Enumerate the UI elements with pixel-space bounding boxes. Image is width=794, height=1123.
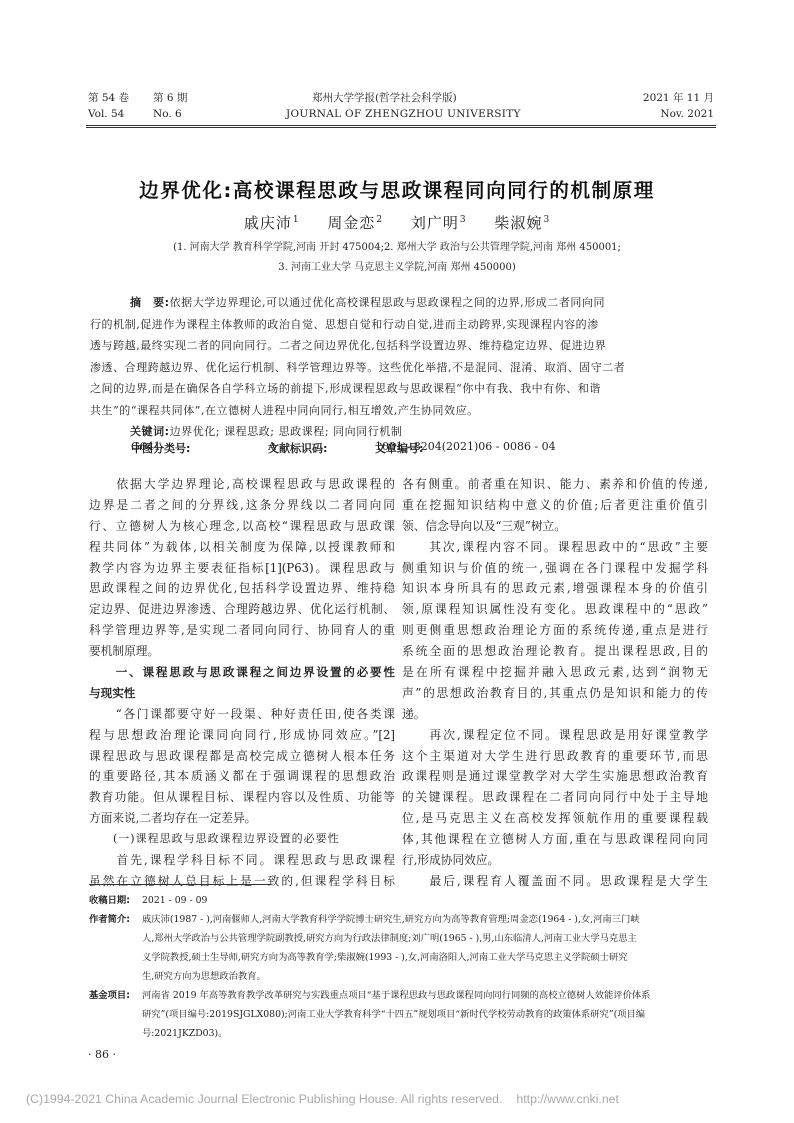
body-text-line: 这个主渠道对大学生进行思政教育的重要环节,而思 bbox=[402, 746, 708, 767]
body-column-right: 各有侧重。前者重在知识、能力、素养和价值的传递,重在挖掘知识结构中意义的价值;后… bbox=[402, 474, 708, 892]
abstract-line: 行的机制,促进作为课程主体教师的政治自觉、思想自觉和行动自觉,进而主动跨界,实现… bbox=[90, 314, 710, 336]
header-rule bbox=[86, 125, 716, 126]
received-date: 收稿日期: 2021 - 09 - 09 bbox=[89, 891, 719, 910]
page-number: · 86 · bbox=[88, 1048, 116, 1061]
abstract-line: 之间的边界,而是在确保各自学科立场的前提下,形成课程思政与思政课程“你中有我、我… bbox=[90, 378, 710, 400]
body-text-line: 领,原课程知识属性没有变化。思政课程中的“思政” bbox=[402, 599, 708, 620]
fund-label: 基金项目: bbox=[89, 986, 130, 1005]
affiliation-line: 3. 河南工业大学 马克思主义学院,河南 郑州 450000) bbox=[0, 258, 794, 273]
body-text-line: 系统全面的思想政治理论教育。提出课程思政,目的 bbox=[402, 641, 708, 662]
body-text-line: 行、立德树人为核心理念,以高校“课程思政与思政课 bbox=[89, 516, 395, 537]
abstract-line: 透与跨越,最终实现二者的同向同行。二者之间边界优化,包括科学设置边界、维持稳定边… bbox=[90, 335, 710, 357]
body-text-line: 侧重知识与价值的统一,强调在各门课程中发掘学科 bbox=[402, 558, 708, 579]
issue-en: No. 6 bbox=[153, 108, 182, 120]
body-text-line: 体,其他课程在立德树人方面,重在与思政课程同向同 bbox=[402, 829, 708, 850]
section-heading-line: 一、课程思政与思政课程之间边界设置的必要性 bbox=[89, 662, 395, 683]
bio-line: 戚庆沛(1987 - ),河南偃师人,河南大学教育科学学院博士研究生,研究方向为… bbox=[142, 910, 719, 929]
abstract-line: 共生”的“课程共同体”,在立德树人进程中同向同行,相互增效,产生协同效应。 bbox=[90, 400, 710, 422]
cnki-link[interactable]: http://www.cnki.net bbox=[516, 1092, 619, 1106]
author-bio: 作者简介: 戚庆沛(1987 - ),河南偃师人,河南大学教育科学学院博士研究生… bbox=[89, 910, 719, 986]
body-text-line: 行,形成协同效应。 bbox=[402, 850, 708, 871]
body-text-line: 位,是马克思主义在高校发挥领航作用的重要课程载 bbox=[402, 808, 708, 829]
body-text-line: 声”的思想政治教育目的,其重点仍是知识和能力的传 bbox=[402, 683, 708, 704]
volume-cn: 第 54 卷 bbox=[88, 90, 129, 105]
body-text-line: 各有侧重。前者重在知识、能力、素养和价值的传递, bbox=[402, 474, 708, 495]
body-text-line: 再次,课程定位不同。课程思政是用好课堂教学 bbox=[402, 725, 708, 746]
bio-line: 人,郑州大学政治与公共管理学院副教授,研究方向为行政法律制度;刘广明(1965 … bbox=[142, 929, 719, 948]
copyright-notice: (C)1994-2021 China Academic Journal Elec… bbox=[26, 1092, 619, 1106]
body-text-line: 虽然在立德树人总目标上是一致的,但课程学科目标 bbox=[89, 871, 395, 892]
paper-title: 边界优化:高校课程思政与思政课程同向同行的机制原理 bbox=[0, 175, 794, 203]
body-text-line: 其次,课程内容不同。课程思政中的“思政”主要 bbox=[402, 537, 708, 558]
volume-en: Vol. 54 bbox=[88, 108, 124, 120]
author: 戚庆沛1 bbox=[244, 214, 300, 232]
author-list: 戚庆沛1 周金恋2 刘广明3 柴淑婉3 bbox=[0, 212, 794, 233]
date-cn: 2021 年 11 月 bbox=[643, 90, 714, 105]
author: 柴淑婉3 bbox=[494, 214, 550, 232]
body-text-line: 则更侧重思想政治理论方面的系统传递,重点是进行 bbox=[402, 620, 708, 641]
fund-line: 河南省 2019 年高等教育教学改革研究与实践重点项目“基于课程思政与思政课程同… bbox=[142, 986, 719, 1005]
abstract-label: 摘 要: bbox=[130, 296, 170, 309]
author: 刘广明3 bbox=[411, 214, 467, 232]
body-text-line: “各门课都要守好一段渠、种好责任田,使各类课 bbox=[89, 704, 395, 725]
section-heading-line: (一)课程思政与思政课程边界设置的必要性 bbox=[89, 829, 395, 850]
body-text-line: 要机制原理。 bbox=[89, 641, 395, 662]
body-text-line: 首先,课程学科目标不同。课程思政与思政课程 bbox=[89, 850, 395, 871]
body-text-line: 思政课程之间的边界优化,包括科学设置边界、维持稳 bbox=[89, 578, 395, 599]
body-text-line: 边界是二者之间的分界线,这条分界线以二者同向同 bbox=[89, 495, 395, 516]
body-text-line: 知识本身所具有的思政元素,增强课程本身的价值引 bbox=[402, 578, 708, 599]
doc-code-value: A bbox=[268, 440, 276, 453]
body-text-line: 课程思政与思政课程都是高校完成立德树人根本任务 bbox=[89, 746, 395, 767]
copyright-text: (C)1994-2021 China Academic Journal Elec… bbox=[26, 1092, 502, 1106]
bio-line: 义学院教授,硕士生导师,研究方向为高等教育学;柴淑婉(1993 - ),女,河南… bbox=[142, 948, 719, 967]
body-text-line: 方面来说,二者均存在一定差异。 bbox=[89, 808, 395, 829]
body-text-line: 程与思想政治理论课同向同行,形成协同效应。”[2] bbox=[89, 725, 395, 746]
abstract-line: 渗透、合理跨越边界、优化运行机制、科学管理边界等。这些优化举措,不是混同、混淆、… bbox=[90, 357, 710, 379]
article-no-value: 1001 - 8204(2021)06 - 0086 - 04 bbox=[375, 440, 556, 453]
body-text-line: 依据大学边界理论,高校课程思政与思政课程的 bbox=[89, 474, 395, 495]
journal-name-en: JOURNAL OF ZHENGZHOU UNIVERSITY bbox=[286, 108, 521, 120]
body-text-line: 科学管理边界等,是实现二者同向同行、协同育人的重 bbox=[89, 620, 395, 641]
issue-cn: 第 6 期 bbox=[153, 90, 187, 105]
affiliation-line: (1. 河南大学 教育科学学院,河南 开封 475004;2. 郑州大学 政治与… bbox=[0, 238, 794, 253]
running-header-en: Vol. 54 No. 6 JOURNAL OF ZHENGZHOU UNIVE… bbox=[86, 108, 716, 124]
keywords-value: 边界优化; 课程思政; 思政课程; 同向同行机制 bbox=[170, 425, 403, 438]
author: 周金恋2 bbox=[327, 214, 383, 232]
body-text-line: 最后,课程育人覆盖面不同。思政课程是大学生 bbox=[402, 871, 708, 892]
body-text-line: 是在所有课程中挖掘并融入思政元素,达到“润物无 bbox=[402, 662, 708, 683]
body-text-line: 程共同体”为载体,以相关制度为保障,以授课教师和 bbox=[89, 537, 395, 558]
section-heading-line: 与现实性 bbox=[89, 683, 395, 704]
body-column-left: 依据大学边界理论,高校课程思政与思政课程的边界是二者之间的分界线,这条分界线以二… bbox=[89, 474, 395, 892]
bio-label: 作者简介: bbox=[89, 910, 130, 929]
keywords-label: 关键词: bbox=[130, 425, 170, 438]
journal-name-cn: 郑州大学学报(哲学社会科学版) bbox=[312, 90, 457, 105]
body-text-line: 递。 bbox=[402, 704, 708, 725]
body-text-line: 的关键课程。思政课程在二者同向同行中处于主导地 bbox=[402, 787, 708, 808]
received-label: 收稿日期: bbox=[89, 891, 130, 910]
body-text-line: 定边界、促进边界渗透、合理跨越边界、优化运行机制、 bbox=[89, 599, 395, 620]
body-text-line: 教育功能。但从课程目标、课程内容以及性质、功能等 bbox=[89, 787, 395, 808]
body-text-line: 重在挖掘知识结构中意义的价值;后者更注重价值引 bbox=[402, 495, 708, 516]
abstract: 摘 要:依据大学边界理论,可以通过优化高校课程思政与思政课程之间的边界,形成二者… bbox=[90, 292, 710, 443]
doc-code-label: 文献标识码: bbox=[268, 440, 327, 456]
running-header-cn: 第 54 卷 第 6 期 郑州大学学报(哲学社会科学版) 2021 年 11 月 bbox=[86, 90, 716, 106]
received-value: 2021 - 09 - 09 bbox=[142, 891, 719, 910]
clc-value: G641 bbox=[131, 440, 161, 453]
body-text-line: 教学内容为边界主要表征指标[1](P63)。课程思政与 bbox=[89, 558, 395, 579]
header-rule-thick bbox=[86, 127, 716, 128]
fund-line: 研究”(项目编号:2019SJGLX080);河南工业大学教育科学“十四五”规划… bbox=[142, 1005, 719, 1024]
fund-line: 号:2021JKZD03)。 bbox=[142, 1024, 719, 1043]
bio-line: 生,研究方向为思想政治教育。 bbox=[142, 967, 719, 986]
body-text-line: 政课程则是通过课堂教学对大学生实施思想政治教育 bbox=[402, 766, 708, 787]
abstract-line: 依据大学边界理论,可以通过优化高校课程思政与思政课程之间的边界,形成二者同向同 bbox=[170, 296, 605, 309]
body-text-line: 领、信念导向以及“三观”树立。 bbox=[402, 516, 708, 537]
body-text-line: 的重要路径,其本质涵义都在于强调课程的思想政治 bbox=[89, 766, 395, 787]
fund-project: 基金项目: 河南省 2019 年高等教育教学改革研究与实践重点项目“基于课程思政… bbox=[89, 986, 719, 1043]
date-en: Nov. 2021 bbox=[660, 108, 714, 120]
footnote-rule bbox=[89, 884, 271, 885]
